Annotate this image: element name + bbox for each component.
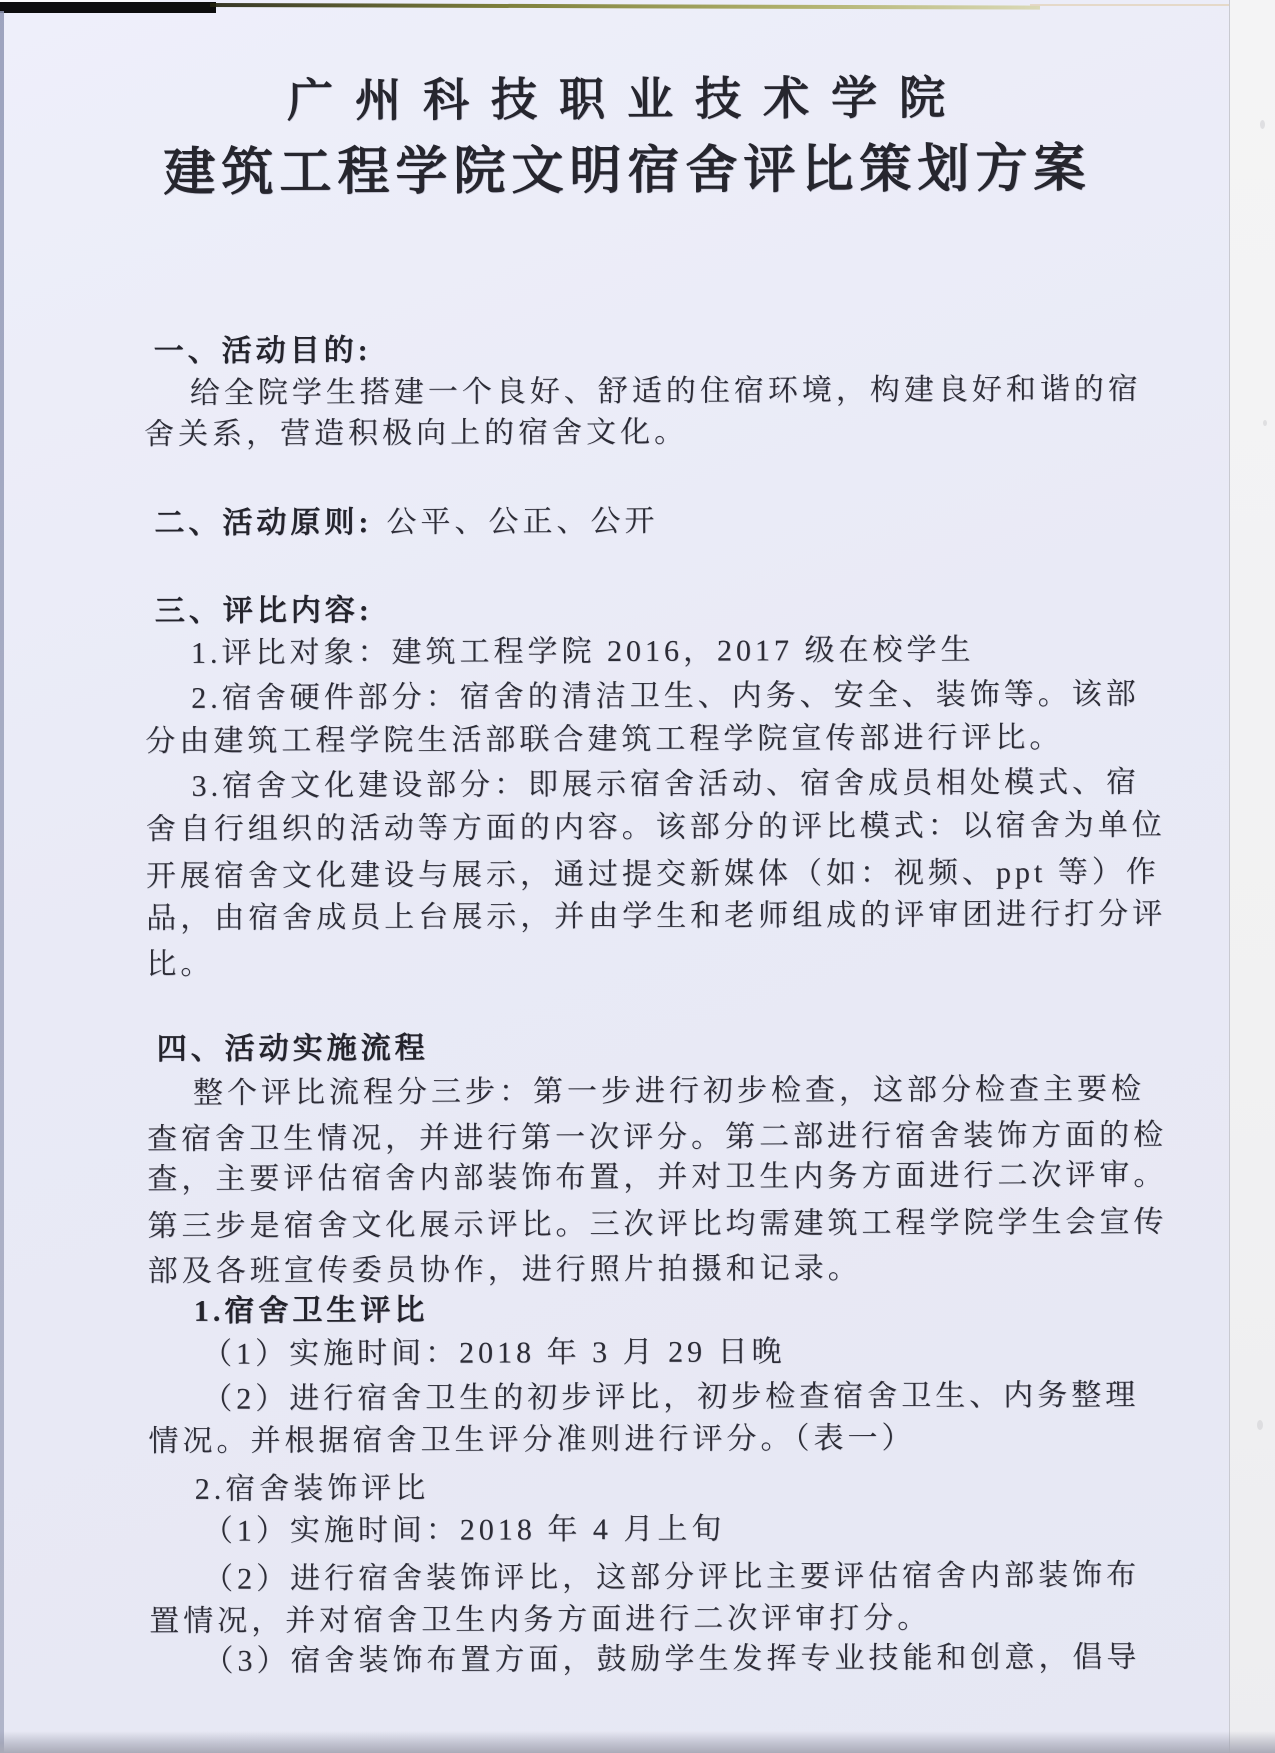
section-3-item-3-line-5: 比。 [146,944,214,986]
section-4-sub-2-item-2-line-1: （2）进行宿舍装饰评比，这部分评比主要评估宿舍内部装饰布 [203,1555,1140,1601]
section-2-heading-label: 二、活动原则: [154,506,372,540]
scan-bottom-shadow [0,1731,1275,1753]
document-content: 广州科技职业技术学院 建筑工程学院文明宿舍评比策划方案 一、活动目的: 给全院学… [0,0,1233,1753]
section-4-para-line-3: 查，主要评估宿舍内部装饰布置，并对卫生内务方面进行二次评审。 [147,1155,1167,1201]
document-title-line-1: 广州科技职业技术学院 [12,69,1241,128]
section-1-heading: 一、活动目的: [154,330,372,373]
section-4-sub-2-heading: 2.宿舍装饰评比 [195,1468,430,1511]
section-4-sub-1-heading: 1.宿舍卫生评比 [194,1290,429,1333]
section-1-line-2: 舍关系，营造积极向上的宿舍文化。 [144,412,688,456]
section-4-sub-1-item-2-line-2: 情况。并根据宿舍卫生评分准则进行评分。（表一） [148,1418,915,1463]
section-4-sub-2-item-1: （1）实施时间：2018 年 4 月上旬 [203,1509,726,1553]
section-3-item-3-line-4: 品，由宿舍成员上台展示，并由学生和老师组成的评审团进行打分评 [146,894,1166,940]
section-4-sub-2-item-2-line-2: 置情况，并对宿舍卫生内务方面进行二次评审打分。 [149,1598,931,1643]
section-3-item-3-line-2: 舍自行组织的活动等方面的内容。该部分的评比模式：以宿舍为单位 [146,805,1166,851]
scanned-document-page: 广州科技职业技术学院 建筑工程学院文明宿舍评比策划方案 一、活动目的: 给全院学… [0,0,1275,1753]
section-4-sub-2-item-3: （3）宿舍装饰布置方面，鼓励学生发挥专业技能和创意，倡导 [203,1637,1140,1683]
section-3-item-3-line-1: 3.宿舍文化建设部分：即展示宿舍活动、宿舍成员相处模式、宿 [191,762,1140,808]
section-4-sub-1-item-1: （1）实施时间：2018 年 3 月 29 日晚 [202,1331,786,1376]
section-2-heading: 二、活动原则:公平、公正、公开 [154,501,658,545]
section-3-item-3-line-3: 开展宿舍文化建设与展示，通过提交新媒体（如：视频、ppt 等）作 [146,852,1160,898]
section-2-content: 公平、公正、公开 [386,505,658,539]
section-4-para-line-2: 查宿舍卫生情况，并进行第一次评分。第二部进行宿舍装饰方面的检 [147,1115,1167,1161]
paper-right-edge [1229,0,1275,1753]
section-3-item-2-line-1: 2.宿舍硬件部分：宿舍的清洁卫生、内务、安全、装饰等。该部 [191,674,1140,720]
section-4-para-line-4: 第三步是宿舍文化展示评比。三次评比均需建筑工程学院学生会宣传 [147,1202,1167,1248]
section-1-line-1: 给全院学生搭建一个良好、舒适的住宿环境，构建良好和谐的宿 [190,369,1142,415]
scan-smudge [1263,420,1267,426]
scan-smudge [1260,120,1265,129]
section-4-para-line-1: 整个评比流程分三步：第一步进行初步检查，这部分检查主要检 [193,1069,1145,1115]
section-4-para-line-5: 部及各班宣传委员协作，进行照片拍摄和记录。 [148,1248,862,1293]
section-3-item-1: 1.评比对象：建筑工程学院 2016，2017 级在校学生 [191,629,975,674]
document-title-line-2: 建筑工程学院文明宿舍评比策划方案 [13,137,1242,204]
section-4-heading: 四、活动实施流程 [157,1028,429,1071]
section-3-heading: 三、评比内容: [155,590,373,633]
section-3-item-2-line-2: 分由建筑工程学院生活部联合建筑工程学院宣传部进行评比。 [145,717,1063,763]
scan-smudge [1257,1420,1263,1430]
section-4-sub-1-item-2-line-1: （2）进行宿舍卫生的初步评比，初步检查宿舍卫生、内务整理 [202,1375,1139,1421]
